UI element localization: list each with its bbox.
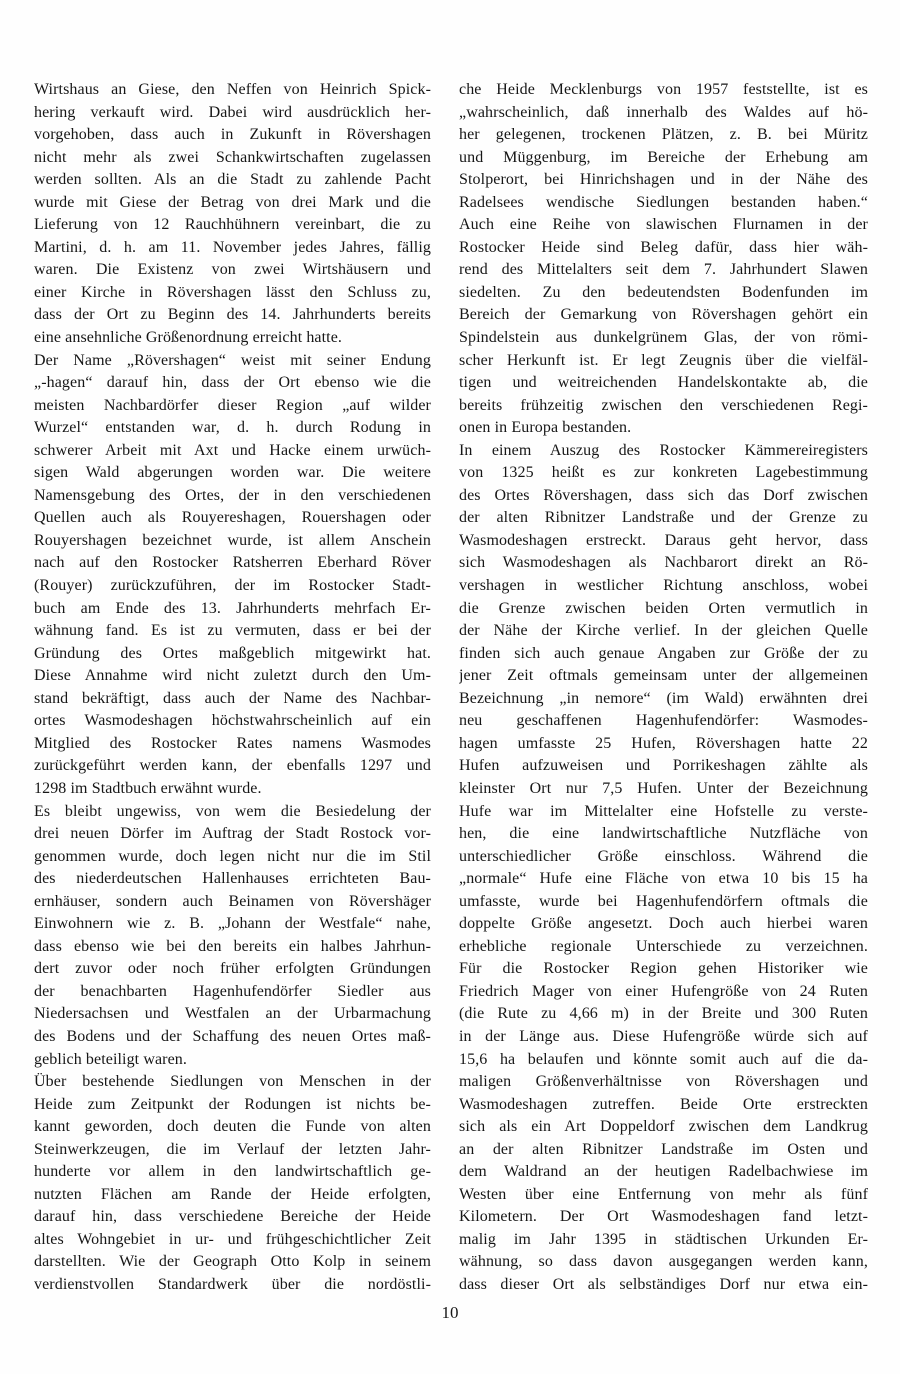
text-line: Diese Annahme wird nicht zuletzt durch d… (34, 665, 431, 688)
text-line: nicht mehr als zwei Schankwirtschaften z… (34, 147, 431, 170)
text-line: stand bekräftigt, dass auch der Name des… (34, 688, 431, 711)
text-line: Es bleibt ungewiss, von wem die Besiedel… (34, 801, 431, 824)
text-line: hering verkauft wird. Dabei wird ausdrüc… (34, 102, 431, 125)
text-line: verdienstvollen Standardwerk über die no… (34, 1274, 431, 1297)
text-line: in der Länge aus. Diese Hufengröße würde… (459, 1026, 868, 1049)
text-line: Steinwerkzeugen, die im Verlauf der letz… (34, 1139, 431, 1162)
text-line: malig im Jahr 1395 in städtischen Urkund… (459, 1229, 868, 1252)
text-line: dass der Ort zu Beginn des 14. Jahrhunde… (34, 304, 431, 327)
text-line: sigen Wald abgerungen worden war. Die we… (34, 462, 431, 485)
text-line: „wahrscheinlich, daß innerhalb des Walde… (459, 102, 868, 125)
text-line: her gelegenen, trockenen Plätzen, z. B. … (459, 124, 868, 147)
text-line: sich als ein Art Doppeldorf zwischen dem… (459, 1116, 868, 1139)
text-line: dass ebenso wie bei den bereits ein halb… (34, 936, 431, 959)
text-line: nutzten Flächen am Rande der Heide erfol… (34, 1184, 431, 1207)
text-line: Rouyershagen bezeichnet wurde, ist allem… (34, 530, 431, 553)
text-line: ortes Wasmodeshagen höchstwahrscheinlich… (34, 710, 431, 733)
text-line: waren. Die Existenz von zwei Wirtshäuser… (34, 259, 431, 282)
text-line: scher Herkunft ist. Er legt Zeugnis über… (459, 350, 868, 373)
text-line: geblich beteiligt waren. (34, 1049, 431, 1072)
text-line: hunderte vor allem in den landwirtschaft… (34, 1161, 431, 1184)
text-line: Auch eine Reihe von slawischen Flurnamen… (459, 214, 868, 237)
text-line: dass dieser Ort als selbständiges Dorf n… (459, 1274, 868, 1297)
text-line: 1298 im Stadtbuch erwähnt wurde. (34, 778, 431, 801)
text-line: Bezeichnung „in nemore“ (im Wald) erwähn… (459, 688, 868, 711)
text-line: Der Name „Rövershagen“ weist mit seiner … (34, 350, 431, 373)
text-line: Martini, d. h. am 11. November jedes Jah… (34, 237, 431, 260)
text-line: drei neuen Dörfer im Auftrag der Stadt R… (34, 823, 431, 846)
text-line: Westen über eine Entfernung von mehr als… (459, 1184, 868, 1207)
text-line: werden sollten. Als an die Stadt zu zahl… (34, 169, 431, 192)
text-line: buch am Ende des 13. Jahrhunderts mehrfa… (34, 598, 431, 621)
text-line: an der alten Ribnitzer Landstraße im Ost… (459, 1139, 868, 1162)
text-line: schwerer Arbeit mit Axt und Hacke einem … (34, 440, 431, 463)
text-line: Wurzel“ entstanden war, d. h. durch Rodu… (34, 417, 431, 440)
text-line: siedelten. Zu den bedeutendsten Bodenfun… (459, 282, 868, 305)
text-line: Lieferung von 12 Rauchhühnern vereinbart… (34, 214, 431, 237)
text-line: che Heide Mecklenburgs von 1957 feststel… (459, 79, 868, 102)
text-line: Radelsees wendische Siedlungen bestanden… (459, 192, 868, 215)
text-line: Spindelstein aus dunkelgrünem Glas, der … (459, 327, 868, 350)
text-line: nach auf den Rostocker Ratsherren Eberha… (34, 552, 431, 575)
text-line: Quellen auch als Rouyereshagen, Rouersha… (34, 507, 431, 530)
text-line: doppelte Größe angesetzt. Doch auch hier… (459, 913, 868, 936)
text-line: wähnung fand. Es ist zu vermuten, dass e… (34, 620, 431, 643)
text-line: die Grenze zwischen beiden Orten vermutl… (459, 598, 868, 621)
text-line: des Bodens und der Schaffung des neuen O… (34, 1026, 431, 1049)
text-line: zurückgeführt werden kann, der ebenfalls… (34, 755, 431, 778)
text-line: der Nähe der Kirche verlief. In der glei… (459, 620, 868, 643)
text-line: umfasste, wurde bei Hagenhufendörfern of… (459, 891, 868, 914)
text-line: neu geschaffenen Hagenhufendörfer: Wasmo… (459, 710, 868, 733)
text-line: eine ansehnliche Größenordnung erreicht … (34, 327, 431, 350)
text-line: unterschiedlicher Größe einschloss. Währ… (459, 846, 868, 869)
text-line: einer Kirche in Rövershagen lässt den Sc… (34, 282, 431, 305)
document-page: Wirtshaus an Giese, den Neffen von Heinr… (0, 0, 900, 1374)
text-line: onen in Europa bestanden. (459, 417, 868, 440)
text-line: des Ortes Rövershagen, dass sich das Dor… (459, 485, 868, 508)
text-line: Friedrich Mager von einer Hufengröße von… (459, 981, 868, 1004)
text-line: kannt geworden, doch deuten die Funde vo… (34, 1116, 431, 1139)
text-line: Hufen aufzuweisen und Porrikeshagen zähl… (459, 755, 868, 778)
text-line: wurde mit Giese der Betrag von drei Mark… (34, 192, 431, 215)
text-line: Wasmodeshagen zutreffen. Beide Orte erst… (459, 1094, 868, 1117)
text-line: ernhäuser, sondern auch Beinamen von Röv… (34, 891, 431, 914)
text-line: bereits frühzeitig zwischen den verschie… (459, 395, 868, 418)
text-line: vershagen in westlicher Richtung anschlo… (459, 575, 868, 598)
text-line: Niedersachsen und Westfalen an der Urbar… (34, 1003, 431, 1026)
text-line: Namensgebung des Ortes, der in den versc… (34, 485, 431, 508)
text-line: finden sich auch genaue Angaben zur Größ… (459, 643, 868, 666)
text-line: von 1325 heißt es zur konkreten Lagebest… (459, 462, 868, 485)
text-line: Für die Rostocker Region gehen Historike… (459, 958, 868, 981)
text-line: der alten Ribnitzer Landstraße und der G… (459, 507, 868, 530)
text-line: Heide zum Zeitpunkt der Rodungen ist nic… (34, 1094, 431, 1117)
text-line: rend des Mittelalters seit dem 7. Jahrhu… (459, 259, 868, 282)
text-line: „-hagen“ darauf hin, dass der Ort ebenso… (34, 372, 431, 395)
text-line: der benachbarten Hagenhufendörfer Siedle… (34, 981, 431, 1004)
text-line: kleinster Ort nur 7,5 Hufen. Unter der B… (459, 778, 868, 801)
text-line: altes Wohngebiet in ur- und frühgeschich… (34, 1229, 431, 1252)
text-line: (die Rute zu 4,66 m) in der Breite und 3… (459, 1003, 868, 1026)
text-line: „normale“ Hufe eine Fläche von etwa 10 b… (459, 868, 868, 891)
text-line: sich Wasmodeshagen als Nachbarort direkt… (459, 552, 868, 575)
text-line: wähnung, so dass davon ausgegangen werde… (459, 1251, 868, 1274)
text-line: erhebliche regionale Unterschiede zu ver… (459, 936, 868, 959)
page-number: 10 (0, 1302, 900, 1324)
text-line: darstellten. Wie der Geograph Otto Kolp … (34, 1251, 431, 1274)
text-line: Bereich der Gemarkung von Rövershagen ge… (459, 304, 868, 327)
text-line: vorgehoben, dass auch in Zukunft in Röve… (34, 124, 431, 147)
text-line: Hufe war im Mittelalter eine Hofstelle z… (459, 801, 868, 824)
text-line: genommen wurde, doch legen nicht nur die… (34, 846, 431, 869)
text-line: Rostocker Heide sind Beleg dafür, dass h… (459, 237, 868, 260)
text-line: Gründung des Ortes maßgeblich mitgewirkt… (34, 643, 431, 666)
text-line: des niederdeutschen Hallenhauses erricht… (34, 868, 431, 891)
text-line: Wirtshaus an Giese, den Neffen von Heinr… (34, 79, 431, 102)
text-line: tigen und weitreichenden Handelskontakte… (459, 372, 868, 395)
text-line: dert zuvor oder noch früher erfolgten Gr… (34, 958, 431, 981)
text-line: In einem Auszug des Rostocker Kämmereire… (459, 440, 868, 463)
text-line: hagen umfasste 25 Hufen, Rövershagen hat… (459, 733, 868, 756)
text-line: maligen Größenverhältnisse von Rövershag… (459, 1071, 868, 1094)
text-line: jener Zeit oftmals gemeinsam unter der a… (459, 665, 868, 688)
text-line: (Rouyer) zurückzuführen, der im Rostocke… (34, 575, 431, 598)
right-text-column: che Heide Mecklenburgs von 1957 feststel… (459, 79, 868, 1297)
text-line: dem Waldrand an der heutigen Radelbachwi… (459, 1161, 868, 1184)
text-line: Wasmodeshagen erstreckt. Daraus geht her… (459, 530, 868, 553)
text-line: hen, die eine landwirtschaftliche Nutzfl… (459, 823, 868, 846)
text-line: Kilometern. Der Ort Wasmodeshagen fand l… (459, 1206, 868, 1229)
text-line: meisten Nachbardörfer dieser Region „auf… (34, 395, 431, 418)
text-line: 15,6 ha belaufen und könnte somit auch a… (459, 1049, 868, 1072)
text-line: Über bestehende Siedlungen von Menschen … (34, 1071, 431, 1094)
left-text-column: Wirtshaus an Giese, den Neffen von Heinr… (34, 79, 431, 1297)
text-line: Stolperort, bei Hinrichshagen und in der… (459, 169, 868, 192)
text-line: darauf hin, dass verschiedene Bereiche d… (34, 1206, 431, 1229)
text-line: Mitglied des Rostocker Rates namens Wasm… (34, 733, 431, 756)
text-line: und Müggenburg, im Bereiche der Erhebung… (459, 147, 868, 170)
text-line: Einwohnern wie z. B. „Johann der Westfal… (34, 913, 431, 936)
